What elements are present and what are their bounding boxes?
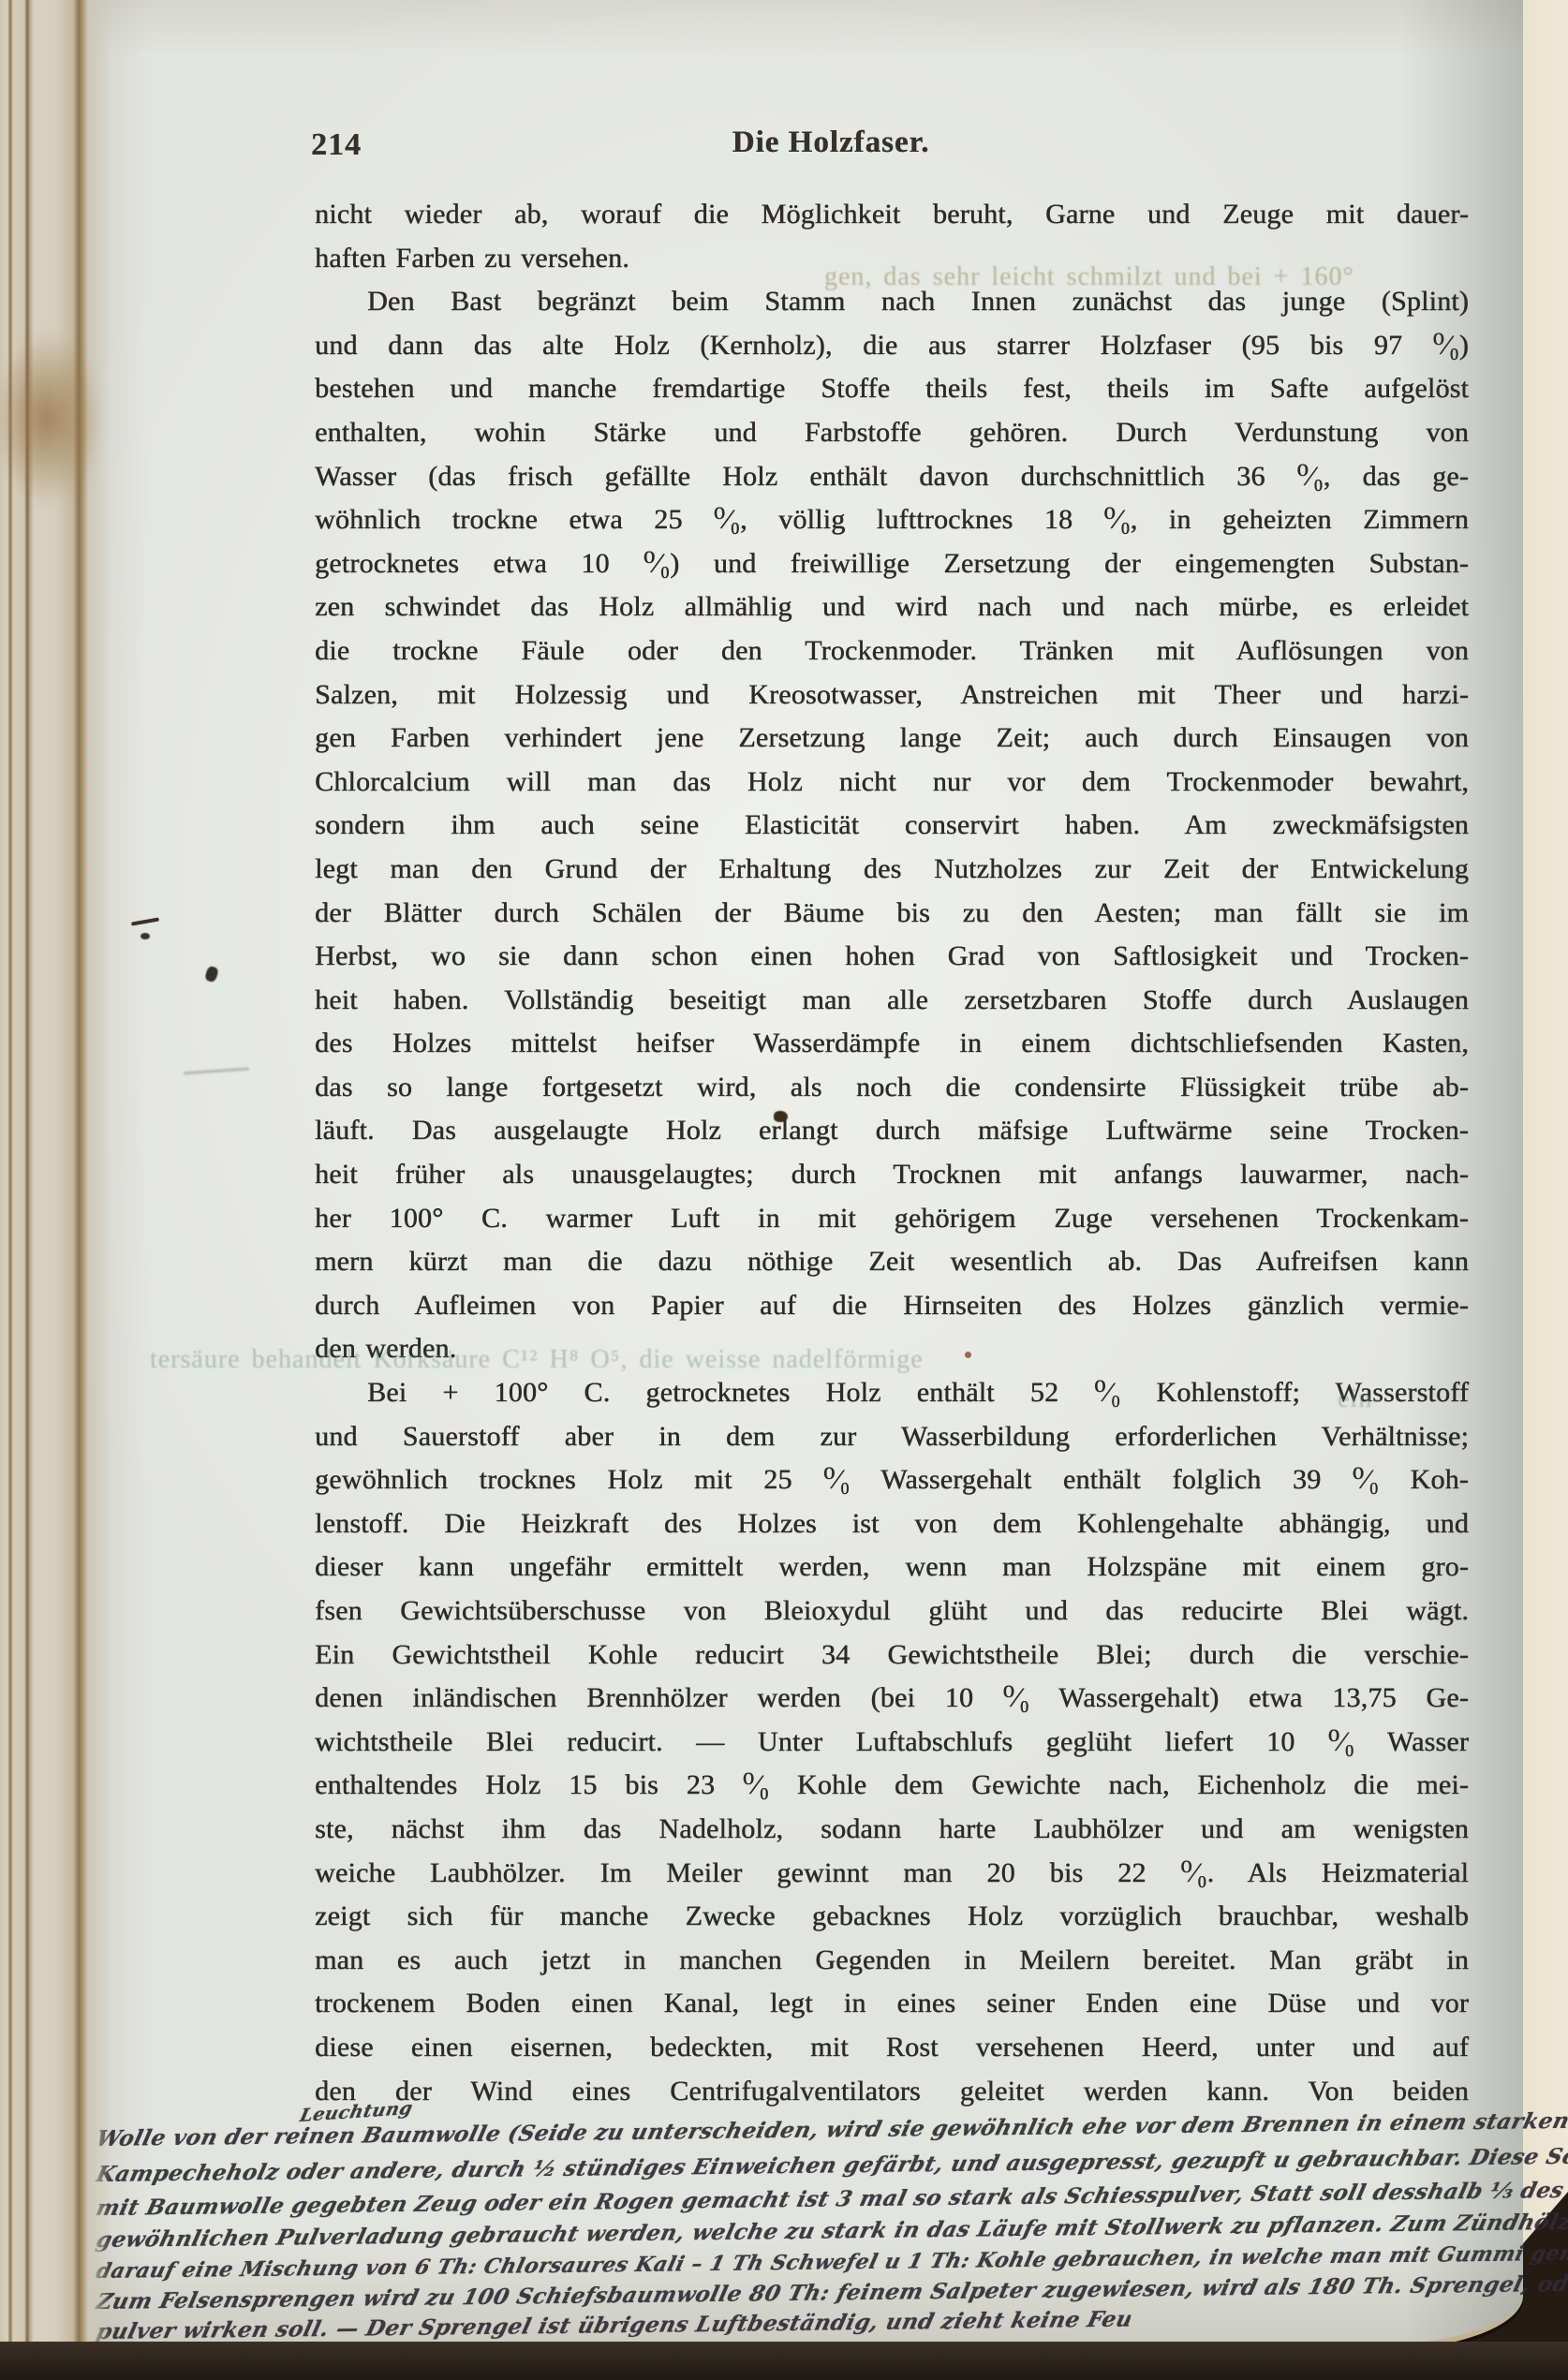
showthrough-text-line: tersäure behandelt Korksäure C¹² H⁸ O⁵, …	[150, 1345, 1400, 1375]
text-line: sondern ihm auch seine Elasticität conse…	[315, 804, 1469, 848]
text-line: Bei + 100° C. getrocknetes Holz enthält …	[315, 1371, 1469, 1415]
text-line: nicht wieder ab, worauf die Möglichkeit …	[315, 193, 1469, 237]
edge-stain	[0, 330, 103, 508]
running-title: Die Holzfaser.	[311, 126, 1351, 160]
text-line: dieser kann ungefähr ermittelt werden, w…	[315, 1545, 1469, 1589]
margin-ink-mark	[141, 933, 150, 939]
text-line: gewöhnlich trocknes Holz mit 25 ⁰⁄₀ Wass…	[315, 1458, 1469, 1502]
text-line: und dann das alte Holz (Kernholz), die a…	[315, 324, 1469, 368]
text-line: Chlorcalcium will man das Holz nicht nur…	[315, 761, 1469, 805]
text-line: legt man den Grund der Erhaltung des Nut…	[315, 848, 1469, 892]
text-line: gen Farben verhindert jene Zersetzung la…	[315, 717, 1469, 761]
text-line: die trockne Fäule oder den Trockenmoder.…	[315, 629, 1469, 673]
showthrough-text-line: gen, das sehr leicht schmilzt und bei + …	[824, 262, 1424, 292]
text-line: wichtstheile Blei reducirt. — Unter Luft…	[315, 1721, 1469, 1765]
text-line: wöhnlich trockne etwa 25 ⁰⁄₀, völlig luf…	[315, 498, 1469, 542]
text-line: ste, nächst ihm das Nadelholz, sodann ha…	[315, 1808, 1469, 1852]
text-line: denen inländischen Brennhölzer werden (b…	[315, 1677, 1469, 1721]
text-line: heit früher als unausgelaugtes; durch Tr…	[315, 1153, 1469, 1197]
text-line: lenstoff. Die Heizkraft des Holzes ist v…	[315, 1502, 1469, 1546]
ink-speck	[965, 1352, 971, 1358]
text-line: Salzen, mit Holzessig und Kreosotwasser,…	[315, 673, 1469, 717]
text-line: getrocknetes etwa 10 ⁰⁄₀) und freiwillig…	[315, 542, 1469, 586]
text-line: heit haben. Vollständig beseitigt man al…	[315, 979, 1469, 1023]
text-line: durch Aufleimen von Papier auf die Hirns…	[315, 1284, 1469, 1328]
text-line: enthaltendes Holz 15 bis 23 ⁰⁄₀ Kohle de…	[315, 1764, 1469, 1808]
body-text: nicht wieder ab, worauf die Möglichkeit …	[315, 193, 1469, 2113]
text-line: man es auch jetzt in manchen Gegenden in…	[315, 1939, 1469, 1983]
desk-surface	[0, 2342, 1568, 2380]
text-line: trockenem Boden einen Kanal, legt in ein…	[315, 1982, 1469, 2026]
text-line: fsen Gewichtsüberschusse von Bleioxydul …	[315, 1589, 1469, 1633]
text-line: der Blätter durch Schälen der Bäume bis …	[315, 892, 1469, 936]
text-line: Ein Gewichtstheil Kohle reducirt 34 Gewi…	[315, 1633, 1469, 1678]
text-line: bestehen und manche fremdartige Stoffe t…	[315, 367, 1469, 411]
text-line: mern kürzt man die dazu nöthige Zeit wes…	[315, 1240, 1469, 1284]
text-line: zen schwindet das Holz allmählig und wir…	[315, 585, 1469, 629]
ink-blot	[774, 1111, 788, 1122]
text-line: her 100° C. warmer Luft in mit gehörigem…	[315, 1197, 1469, 1241]
text-line: weiche Laubhölzer. Im Meiler gewinnt man…	[315, 1852, 1469, 1896]
book-page: 214 Die Holzfaser. nicht wieder ab, wora…	[66, 0, 1523, 2352]
text-line: zeigt sich für manche Zwecke gebacknes H…	[315, 1895, 1469, 1939]
showthrough-text-line: ein-	[1338, 1384, 1422, 1414]
text-line: Herbst, wo sie dann schon einen hohen Gr…	[315, 935, 1469, 979]
text-line: das so lange fortgesetzt wird, als noch …	[315, 1066, 1469, 1110]
text-line: läuft. Das ausgelaugte Holz erlangt durc…	[315, 1109, 1469, 1153]
text-line: enthalten, wohin Stärke und Farbstoffe g…	[315, 411, 1469, 455]
text-line: und Sauerstoff aber in dem zur Wasserbil…	[315, 1415, 1469, 1459]
text-line: des Holzes mittelst heifser Wasserdämpfe…	[315, 1022, 1469, 1066]
text-line: diese einen eisernen, bedeckten, mit Ros…	[315, 2026, 1469, 2070]
text-line: Wasser (das frisch gefällte Holz enthält…	[315, 455, 1469, 499]
